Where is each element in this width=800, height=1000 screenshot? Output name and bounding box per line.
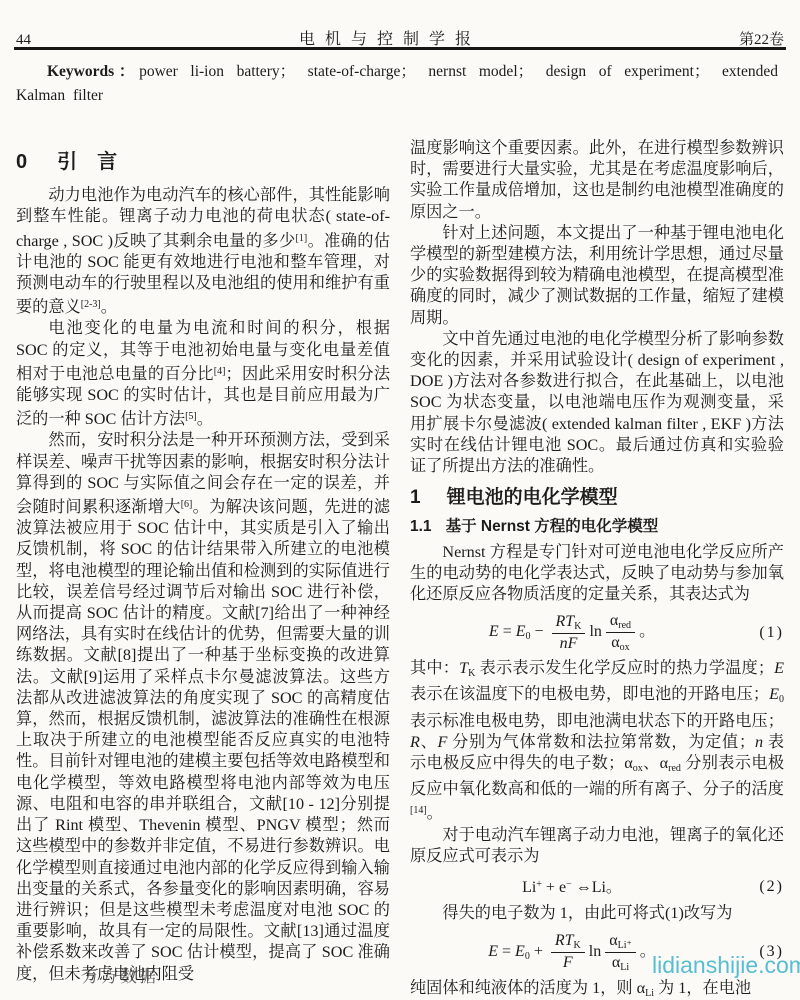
keywords-colon: ： bbox=[114, 63, 139, 80]
equation-term: E = E0 + bbox=[488, 943, 547, 960]
paragraph: 温度影响这个重要因素。此外，在进行模型参数辨识时，需要进行大量实验，尤其是在考虑… bbox=[410, 138, 784, 223]
fraction: αLi⁺αLi bbox=[605, 932, 636, 973]
fraction: RTKF bbox=[551, 932, 585, 972]
section-0-heading: 0引 言 bbox=[16, 152, 390, 173]
fraction-denominator: αox bbox=[606, 633, 635, 653]
equation-2-body: Li+ + e− ⇔Li。 bbox=[410, 874, 734, 898]
fraction-numerator: αred bbox=[606, 612, 635, 633]
section-1-1-heading: 1.1基于 Nernst 方程的电化学模型 bbox=[410, 516, 784, 537]
section-title: 引 言 bbox=[57, 151, 117, 173]
journal-title: 电机与控制学报 bbox=[289, 26, 481, 49]
section-title: 基于 Nernst 方程的电化学模型 bbox=[446, 518, 659, 535]
equation-2: Li+ + e− ⇔Li。 (2) bbox=[410, 874, 784, 898]
fraction-numerator: αLi⁺ bbox=[605, 932, 636, 953]
fraction: RTKnF bbox=[552, 613, 586, 653]
right-column: 温度影响这个重要因素。此外，在进行模型参数辨识时，需要进行大量实验，尤其是在考虑… bbox=[410, 138, 784, 1000]
site-watermark: lidianshijie.com bbox=[652, 952, 800, 979]
keywords-label: Keywords bbox=[47, 63, 114, 80]
fraction: αredαox bbox=[606, 612, 635, 653]
paragraph: 然而，安时积分法是一种开环预测方法，受到采样误差、噪声干扰等因素的影响，根据安时… bbox=[16, 430, 390, 984]
fraction-numerator: RTK bbox=[552, 613, 586, 634]
paragraph: 电池变化的电量为电流和时间的积分，根据 SOC 的定义，其等于电池初始电量与变化… bbox=[16, 318, 390, 430]
section-title: 锂电池的电化学模型 bbox=[447, 487, 618, 508]
paragraph: 文中首先通过电池的电化学模型分析了影响参数变化的因素，并采用试验设计( desi… bbox=[410, 329, 784, 477]
paragraph: 纯固体和纯液体的活度为 1，则 αLi 为 1，在电池 bbox=[410, 978, 784, 1000]
equation-term: 。 bbox=[639, 623, 655, 640]
journal-page: 44 电机与控制学报 第22卷 Keywords：power li-ion ba… bbox=[0, 0, 800, 1000]
fraction-denominator: F bbox=[551, 953, 585, 972]
section-1-heading: 1锂电池的电化学模型 bbox=[410, 487, 784, 508]
paragraph: Nernst 方程是专门针对可逆电池电化学反应所产生的电动势的电化学表达式，反映… bbox=[410, 542, 784, 606]
paragraph: 其中：TK 表示表示发生化学反应时的热力学温度；E 表示在该温度下的电极电势，即… bbox=[410, 658, 784, 824]
paragraph: 动力电池作为电动汽车的核心部件，其性能影响到整车性能。锂离子动力电池的荷电状态(… bbox=[16, 185, 390, 318]
equation-term: E = E0 − bbox=[489, 623, 548, 640]
equation-term: ln bbox=[589, 623, 601, 640]
header-double-rule bbox=[14, 47, 786, 50]
paragraph: 得失的电子数为 1，由此可将式(1)改写为 bbox=[410, 903, 784, 924]
fraction-denominator: αLi bbox=[605, 953, 636, 973]
paragraph: 针对上述问题，本文提出了一种基于锂电池电化学模型的新型建模方法，利用统计学思想，… bbox=[410, 223, 784, 329]
equation-term: Li+ + e− ⇔Li。 bbox=[522, 879, 622, 896]
running-head: 44 电机与控制学报 第22卷 bbox=[16, 26, 784, 49]
equation-1-body: E = E0 − RTKnFlnαredαox。 bbox=[410, 612, 734, 653]
wanfang-watermark: 万方数据 bbox=[82, 962, 158, 987]
volume-number: 第22卷 bbox=[739, 28, 784, 49]
equation-1: E = E0 − RTKnFlnαredαox。 (1) bbox=[410, 612, 784, 653]
equation-term: ln bbox=[589, 943, 601, 960]
section-number: 0 bbox=[16, 151, 27, 173]
equation-number: (2) bbox=[734, 876, 784, 897]
keywords-line: Keywords：power li-ion battery； state-of-… bbox=[16, 60, 778, 108]
paragraph: 对于电动汽车锂离子动力电池，锂离子的氧化还原反应式可表示为 bbox=[410, 825, 784, 867]
section-number: 1.1 bbox=[410, 518, 432, 535]
left-column: 0引 言 动力电池作为电动汽车的核心部件，其性能影响到整车性能。锂离子动力电池的… bbox=[16, 150, 390, 985]
section-number: 1 bbox=[410, 487, 421, 508]
fraction-numerator: RTK bbox=[551, 932, 585, 953]
fraction-denominator: nF bbox=[552, 634, 586, 653]
equation-number: (1) bbox=[734, 622, 784, 643]
